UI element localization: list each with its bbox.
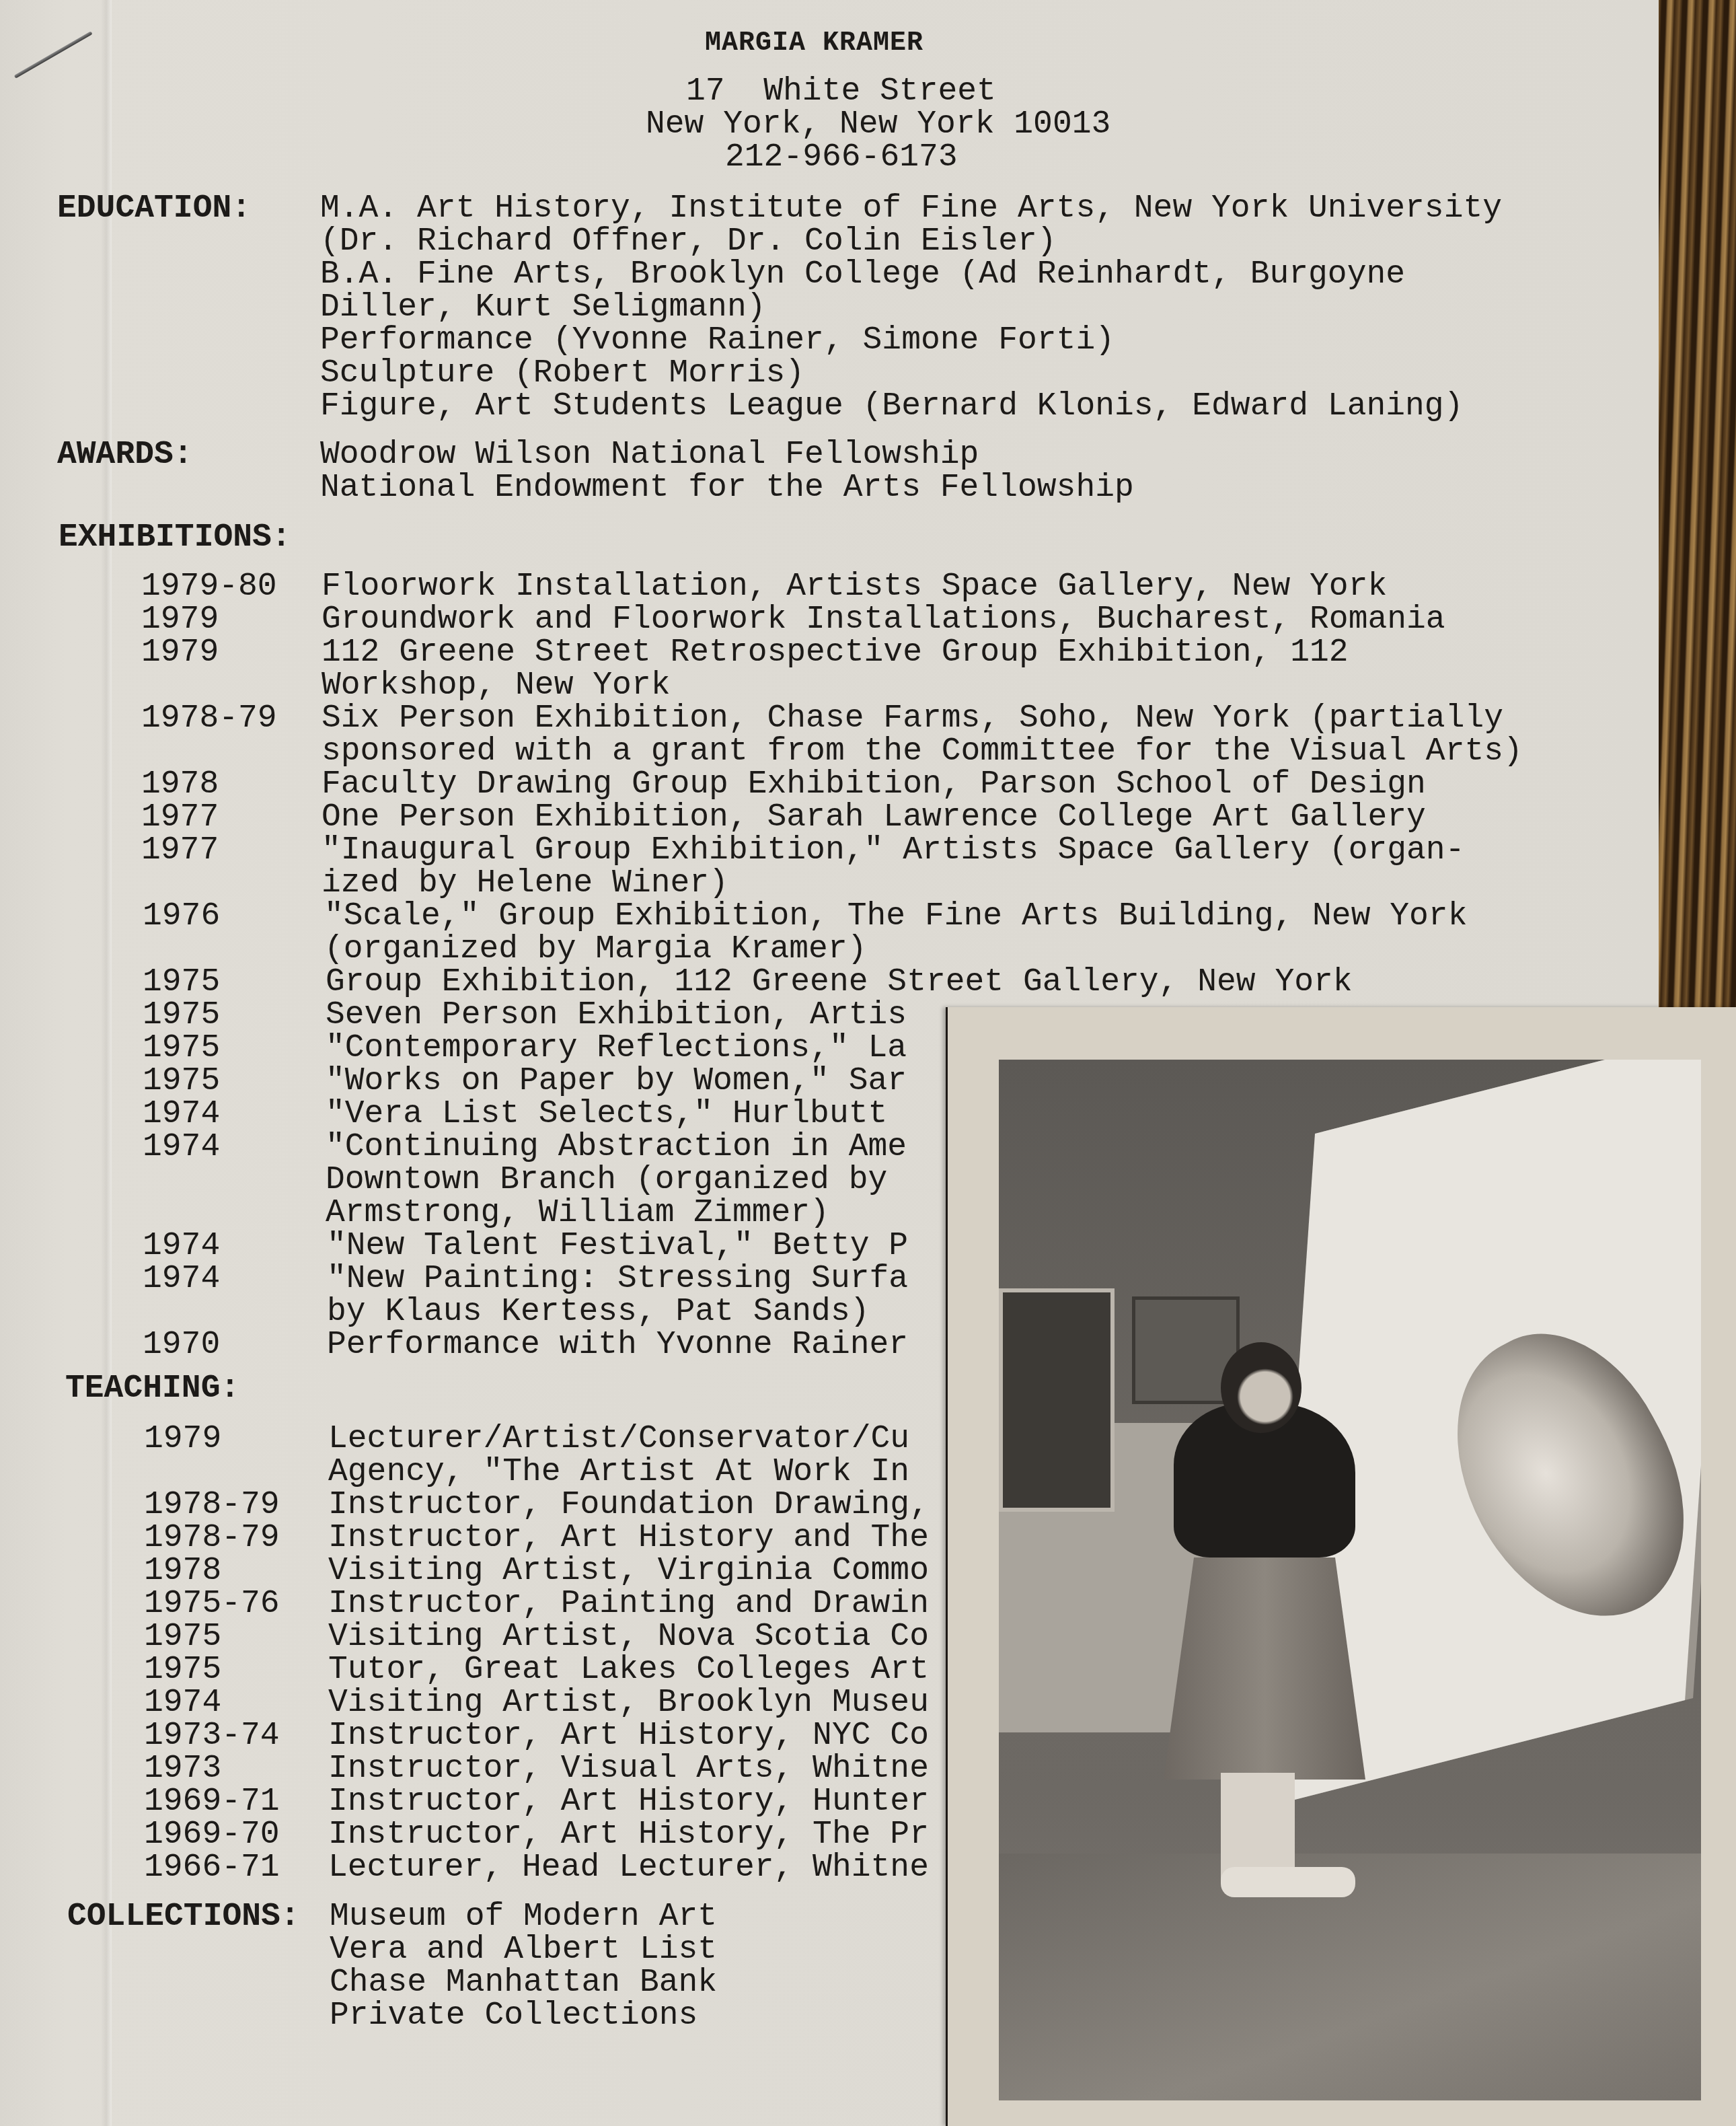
exhibition-text: "Scale," Group Exhibition, The Fine Arts…: [324, 900, 1467, 933]
exhibition-year: 1979: [141, 636, 219, 669]
exhibition-year: 1975: [143, 999, 220, 1032]
exhibition-text: ized by Helene Winer): [322, 867, 728, 900]
teaching-text: Instructor, Visual Arts, Whitne: [328, 1753, 929, 1786]
teaching-text: Instructor, Art History, Hunter: [328, 1786, 929, 1819]
address-street: 17 White Street: [686, 75, 996, 108]
teaching-year: 1975: [144, 1621, 221, 1654]
teaching-year: 1974: [144, 1687, 221, 1720]
exhibition-text: Downtown Branch (organized by: [326, 1164, 887, 1197]
exhibition-year: 1979: [141, 603, 219, 636]
exhibition-text: Seven Person Exhibition, Artis: [326, 999, 907, 1032]
exhibition-year: 1975: [143, 1065, 220, 1098]
teaching-text: Lecturer, Head Lecturer, Whitne: [328, 1852, 929, 1884]
teaching-year: 1979: [144, 1423, 221, 1456]
exhibition-text: (organized by Margia Kramer): [324, 933, 867, 966]
exhibition-text: Workshop, New York: [322, 669, 670, 702]
teaching-year: 1969-70: [144, 1819, 280, 1852]
teaching-text: Instructor, Art History, NYC Co: [328, 1720, 929, 1753]
teaching-year: 1978-79: [144, 1522, 280, 1555]
awards-label: AWARDS:: [57, 439, 193, 472]
education-line: Performance (Yvonne Rainer, Simone Forti…: [320, 324, 1115, 357]
education-line: B.A. Fine Arts, Brooklyn College (Ad Rei…: [320, 258, 1405, 291]
teaching-text: Instructor, Foundation Drawing,: [328, 1489, 929, 1522]
exhibition-text: Floorwork Installation, Artists Space Ga…: [322, 571, 1387, 603]
teaching-text: Instructor, Art History and The: [328, 1522, 929, 1555]
exhibition-year: 1970: [143, 1329, 220, 1362]
exhibition-text: One Person Exhibition, Sarah Lawrence Co…: [322, 801, 1426, 834]
teaching-text: Visiting Artist, Nova Scotia Co: [328, 1621, 929, 1654]
exhibition-year: 1974: [143, 1263, 220, 1296]
teaching-text: Instructor, Art History, The Pr: [328, 1819, 929, 1852]
exhibition-year: 1978: [141, 768, 219, 801]
teaching-year: 1973-74: [144, 1720, 280, 1753]
teaching-text: Tutor, Great Lakes Colleges Art: [328, 1654, 929, 1687]
exhibition-year: 1974: [143, 1131, 220, 1164]
education-line: (Dr. Richard Offner, Dr. Colin Eisler): [320, 225, 1057, 258]
exhibition-text: "Vera List Selects," Hurlbutt: [326, 1098, 887, 1131]
photo-card: [946, 1007, 1736, 2126]
address-city: New York, New York 10013: [646, 108, 1110, 141]
exhibitions-label: EXHIBITIONS:: [59, 521, 291, 554]
paper-fold: [101, 0, 112, 2126]
teaching-year: 1975-76: [144, 1588, 280, 1621]
photo-artist-legs: [1221, 1773, 1295, 1880]
exhibition-text: Group Exhibition, 112 Greene Street Gall…: [326, 966, 1353, 999]
exhibition-text: Performance with Yvonne Rainer: [327, 1329, 908, 1362]
teaching-year: 1978: [144, 1555, 221, 1588]
exhibition-text: "New Talent Festival," Betty P: [327, 1230, 908, 1263]
exhibition-year: 1975: [143, 1032, 220, 1065]
resume-name: MARGIA KRAMER: [705, 27, 923, 60]
collections-label: COLLECTIONS:: [67, 1901, 300, 1934]
exhibition-text: Groundwork and Floorwork Installations, …: [322, 603, 1445, 636]
exhibition-text: "Works on Paper by Women," Sar: [326, 1065, 907, 1098]
education-line: M.A. Art History, Institute of Fine Arts…: [320, 192, 1502, 225]
exhibition-text: by Klaus Kertess, Pat Sands): [327, 1296, 870, 1329]
teaching-year: 1966-71: [144, 1852, 280, 1884]
phone-number: 212-966-6173: [725, 141, 958, 174]
staple-icon: [14, 31, 93, 78]
exhibition-year: 1974: [143, 1098, 220, 1131]
exhibition-text: Six Person Exhibition, Chase Farms, Soho…: [322, 702, 1503, 735]
exhibition-text: "Inaugural Group Exhibition," Artists Sp…: [322, 834, 1464, 867]
exhibition-year: 1979-80: [141, 571, 277, 603]
collection-line: Vera and Albert List: [330, 1934, 717, 1967]
teaching-year: 1978-79: [144, 1489, 280, 1522]
collection-line: Chase Manhattan Bank: [330, 1967, 717, 2000]
teaching-text: Instructor, Painting and Drawin: [328, 1588, 929, 1621]
collection-line: Private Collections: [330, 2000, 697, 2032]
exhibition-text: Armstrong, William Zimmer): [326, 1197, 829, 1230]
education-line: Figure, Art Students League (Bernard Klo…: [320, 390, 1463, 423]
teaching-year: 1975: [144, 1654, 221, 1687]
exhibition-text: 112 Greene Street Retrospective Group Ex…: [322, 636, 1349, 669]
exhibition-year: 1975: [143, 966, 220, 999]
collection-line: Museum of Modern Art: [330, 1901, 717, 1934]
exhibition-text: "New Painting: Stressing Surfa: [327, 1263, 908, 1296]
teaching-text: Visiting Artist, Brooklyn Museu: [328, 1687, 929, 1720]
teaching-year: 1969-71: [144, 1786, 280, 1819]
teaching-label: TEACHING:: [65, 1372, 239, 1405]
teaching-year: 1973: [144, 1753, 221, 1786]
exhibition-text: "Contemporary Reflections," La: [326, 1032, 907, 1065]
education-line: Diller, Kurt Seligmann): [320, 291, 766, 324]
education-label: EDUCATION:: [57, 192, 251, 225]
exhibition-year: 1976: [143, 900, 220, 933]
photo-artist-skirt: [1164, 1557, 1365, 1780]
education-line: Sculpture (Robert Morris): [320, 357, 804, 390]
photo-artist-head: [1221, 1342, 1301, 1433]
exhibition-year: 1978-79: [141, 702, 277, 735]
teaching-text: Lecturer/Artist/Conservator/Cu: [328, 1423, 909, 1456]
photo-window: [999, 1288, 1115, 1512]
exhibition-text: sponsored with a grant from the Committe…: [322, 735, 1523, 768]
exhibition-text: Faculty Drawing Group Exhibition, Parson…: [322, 768, 1426, 801]
exhibition-year: 1974: [143, 1230, 220, 1263]
award-line: National Endowment for the Arts Fellowsh…: [320, 472, 1134, 505]
exhibition-year: 1977: [141, 834, 219, 867]
teaching-text: Agency, "The Artist At Work In: [328, 1456, 909, 1489]
teaching-text: Visiting Artist, Virginia Commo: [328, 1555, 929, 1588]
exhibition-text: "Continuing Abstraction in Ame: [326, 1131, 907, 1164]
artist-photograph: [999, 1060, 1701, 2100]
exhibition-year: 1977: [141, 801, 219, 834]
award-line: Woodrow Wilson National Fellowship: [320, 439, 979, 472]
photo-artist-shoes: [1221, 1867, 1355, 1897]
